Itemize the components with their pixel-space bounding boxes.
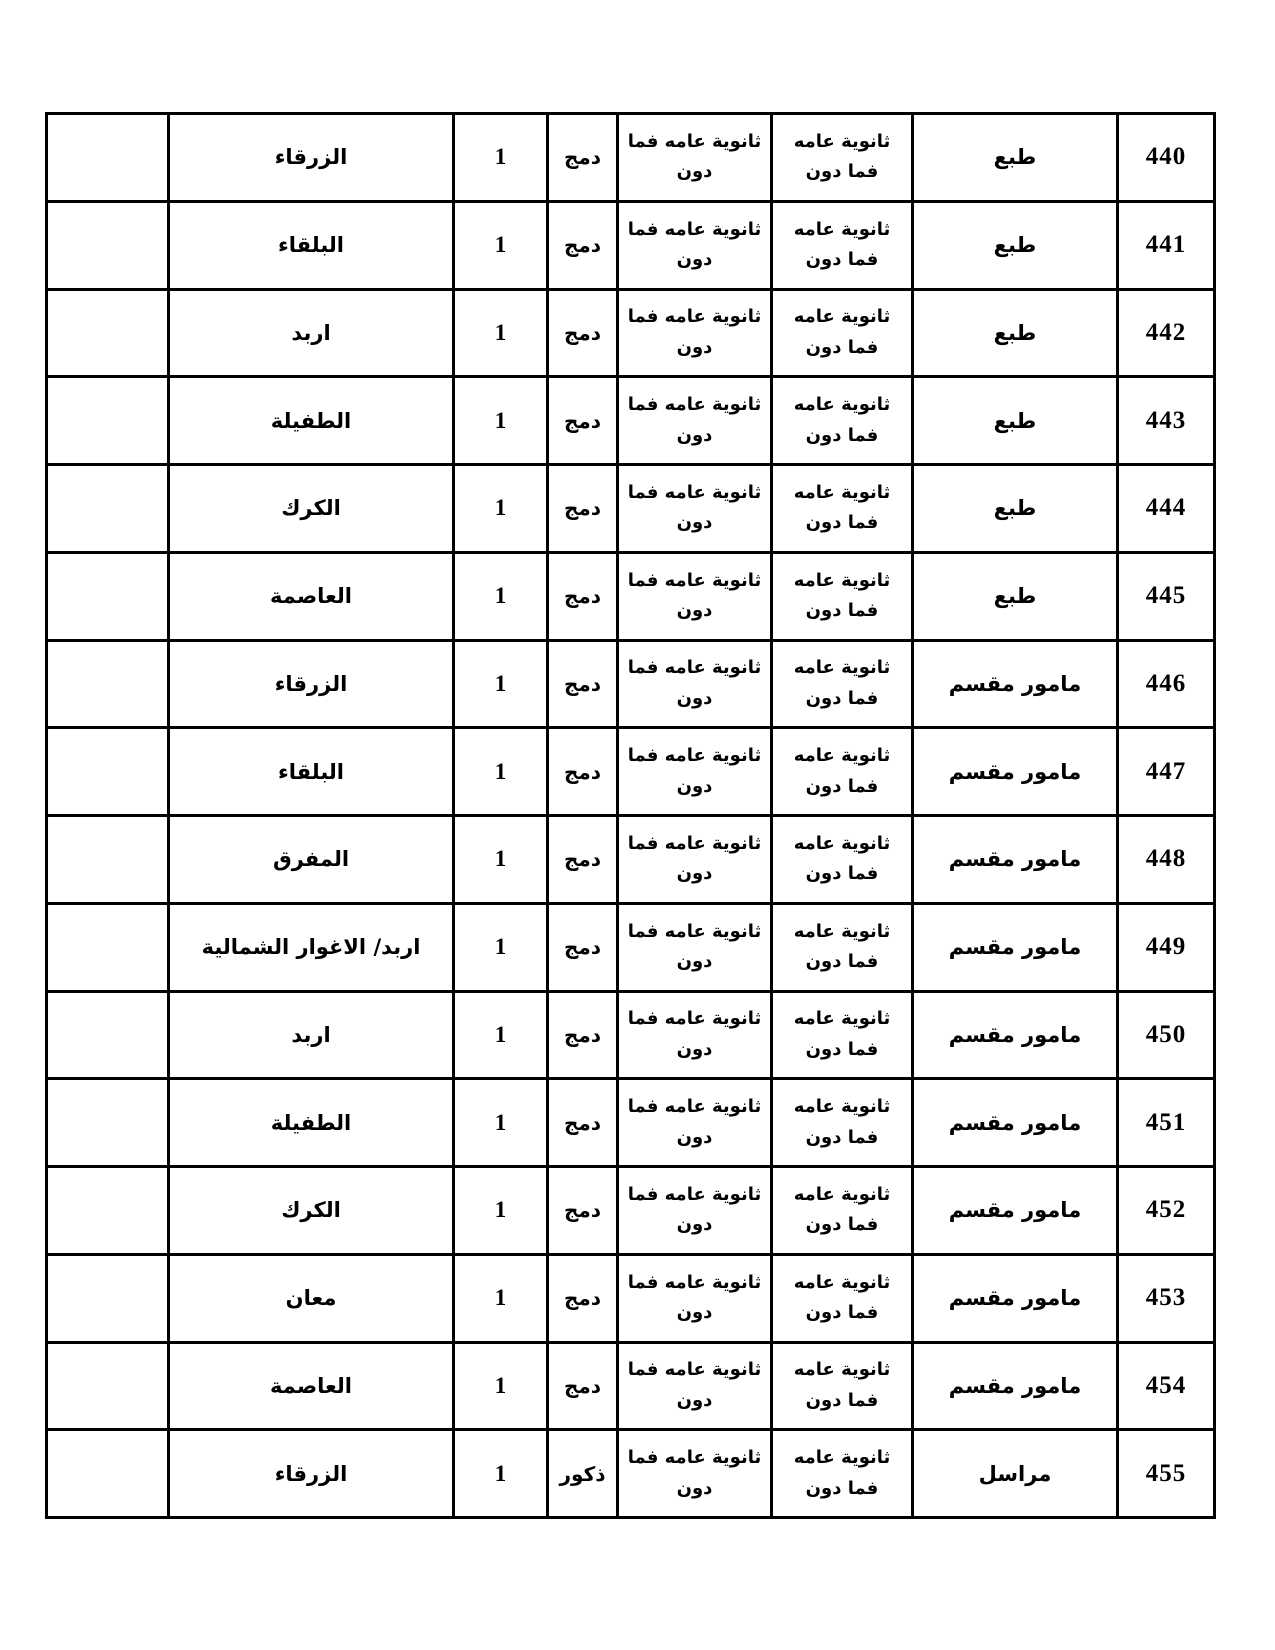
cell-category: دمج — [548, 377, 618, 465]
cell-category: دمج — [548, 1254, 618, 1342]
cell-serial-number: 444 — [1118, 465, 1215, 553]
cell-empty — [47, 552, 169, 640]
cell-serial-number: 448 — [1118, 816, 1215, 904]
cell-count: 1 — [454, 640, 548, 728]
cell-location: اربد — [169, 991, 454, 1079]
cell-job-title: مراسل — [913, 1430, 1118, 1518]
cell-count: 1 — [454, 1079, 548, 1167]
cell-category: دمج — [548, 201, 618, 289]
cell-qualification-right: ثانوية عامه فما دون — [772, 201, 913, 289]
cell-location: اربد — [169, 289, 454, 377]
cell-qualification-left: ثانوية عامه فما دون — [618, 728, 772, 816]
cell-qualification-right: ثانوية عامه فما دون — [772, 1430, 913, 1518]
cell-empty — [47, 201, 169, 289]
cell-qualification-right: ثانوية عامه فما دون — [772, 1167, 913, 1255]
cell-serial-number: 440 — [1118, 114, 1215, 202]
cell-empty — [47, 465, 169, 553]
cell-count: 1 — [454, 728, 548, 816]
cell-location: اربد/ الاغوار الشمالية — [169, 903, 454, 991]
cell-job-title: مامور مقسم — [913, 903, 1118, 991]
cell-qualification-right: ثانوية عامه فما دون — [772, 1254, 913, 1342]
cell-job-title: مامور مقسم — [913, 640, 1118, 728]
cell-count: 1 — [454, 377, 548, 465]
cell-qualification-left: ثانوية عامه فما دون — [618, 1079, 772, 1167]
cell-qualification-right: ثانوية عامه فما دون — [772, 1079, 913, 1167]
cell-qualification-left: ثانوية عامه فما دون — [618, 289, 772, 377]
cell-category: دمج — [548, 465, 618, 553]
table-row: 440 طبع ثانوية عامه فما دون ثانوية عامه … — [47, 114, 1215, 202]
cell-empty — [47, 289, 169, 377]
cell-job-title: مامور مقسم — [913, 1079, 1118, 1167]
cell-category: دمج — [548, 1079, 618, 1167]
cell-count: 1 — [454, 816, 548, 904]
table-row: 451 مامور مقسم ثانوية عامه فما دون ثانوي… — [47, 1079, 1215, 1167]
table-row: 446 مامور مقسم ثانوية عامه فما دون ثانوي… — [47, 640, 1215, 728]
cell-category: دمج — [548, 1167, 618, 1255]
cell-serial-number: 445 — [1118, 552, 1215, 640]
cell-qualification-left: ثانوية عامه فما دون — [618, 201, 772, 289]
cell-category: دمج — [548, 552, 618, 640]
cell-category: دمج — [548, 728, 618, 816]
vacancies-table: 440 طبع ثانوية عامه فما دون ثانوية عامه … — [45, 112, 1216, 1519]
cell-job-title: مامور مقسم — [913, 1342, 1118, 1430]
table-row: 452 مامور مقسم ثانوية عامه فما دون ثانوي… — [47, 1167, 1215, 1255]
cell-empty — [47, 1167, 169, 1255]
table-row: 443 طبع ثانوية عامه فما دون ثانوية عامه … — [47, 377, 1215, 465]
cell-category: دمج — [548, 903, 618, 991]
cell-location: العاصمة — [169, 552, 454, 640]
cell-empty — [47, 816, 169, 904]
table-row: 454 مامور مقسم ثانوية عامه فما دون ثانوي… — [47, 1342, 1215, 1430]
cell-qualification-left: ثانوية عامه فما دون — [618, 816, 772, 904]
cell-count: 1 — [454, 114, 548, 202]
cell-qualification-left: ثانوية عامه فما دون — [618, 377, 772, 465]
table-row: 441 طبع ثانوية عامه فما دون ثانوية عامه … — [47, 201, 1215, 289]
cell-serial-number: 450 — [1118, 991, 1215, 1079]
table-body: 440 طبع ثانوية عامه فما دون ثانوية عامه … — [47, 114, 1215, 1518]
document-page: 440 طبع ثانوية عامه فما دون ثانوية عامه … — [0, 0, 1275, 1650]
cell-location: الطفيلة — [169, 377, 454, 465]
cell-qualification-left: ثانوية عامه فما دون — [618, 114, 772, 202]
cell-location: الكرك — [169, 1167, 454, 1255]
cell-serial-number: 452 — [1118, 1167, 1215, 1255]
cell-count: 1 — [454, 1167, 548, 1255]
cell-count: 1 — [454, 991, 548, 1079]
cell-category: دمج — [548, 114, 618, 202]
table-row: 450 مامور مقسم ثانوية عامه فما دون ثانوي… — [47, 991, 1215, 1079]
cell-serial-number: 454 — [1118, 1342, 1215, 1430]
cell-location: معان — [169, 1254, 454, 1342]
cell-serial-number: 447 — [1118, 728, 1215, 816]
cell-empty — [47, 728, 169, 816]
cell-qualification-left: ثانوية عامه فما دون — [618, 991, 772, 1079]
cell-qualification-left: ثانوية عامه فما دون — [618, 1430, 772, 1518]
cell-qualification-right: ثانوية عامه فما دون — [772, 991, 913, 1079]
cell-job-title: مامور مقسم — [913, 1167, 1118, 1255]
cell-qualification-right: ثانوية عامه فما دون — [772, 289, 913, 377]
cell-qualification-right: ثانوية عامه فما دون — [772, 1342, 913, 1430]
cell-serial-number: 453 — [1118, 1254, 1215, 1342]
cell-serial-number: 446 — [1118, 640, 1215, 728]
cell-count: 1 — [454, 201, 548, 289]
cell-location: الزرقاء — [169, 114, 454, 202]
cell-serial-number: 442 — [1118, 289, 1215, 377]
table-row: 444 طبع ثانوية عامه فما دون ثانوية عامه … — [47, 465, 1215, 553]
cell-qualification-right: ثانوية عامه فما دون — [772, 728, 913, 816]
cell-empty — [47, 640, 169, 728]
cell-empty — [47, 903, 169, 991]
cell-category: ذكور — [548, 1430, 618, 1518]
cell-qualification-left: ثانوية عامه فما دون — [618, 1342, 772, 1430]
cell-count: 1 — [454, 903, 548, 991]
cell-qualification-right: ثانوية عامه فما دون — [772, 640, 913, 728]
cell-qualification-left: ثانوية عامه فما دون — [618, 465, 772, 553]
cell-location: الطفيلة — [169, 1079, 454, 1167]
cell-serial-number: 443 — [1118, 377, 1215, 465]
cell-category: دمج — [548, 289, 618, 377]
cell-qualification-left: ثانوية عامه فما دون — [618, 903, 772, 991]
cell-category: دمج — [548, 1342, 618, 1430]
cell-job-title: مامور مقسم — [913, 991, 1118, 1079]
cell-count: 1 — [454, 289, 548, 377]
cell-empty — [47, 1254, 169, 1342]
cell-category: دمج — [548, 640, 618, 728]
cell-qualification-left: ثانوية عامه فما دون — [618, 640, 772, 728]
table-row: 449 مامور مقسم ثانوية عامه فما دون ثانوي… — [47, 903, 1215, 991]
cell-location: البلقاء — [169, 201, 454, 289]
cell-empty — [47, 991, 169, 1079]
table-row: 442 طبع ثانوية عامه فما دون ثانوية عامه … — [47, 289, 1215, 377]
cell-qualification-right: ثانوية عامه فما دون — [772, 903, 913, 991]
cell-job-title: طبع — [913, 377, 1118, 465]
cell-location: البلقاء — [169, 728, 454, 816]
cell-qualification-right: ثانوية عامه فما دون — [772, 377, 913, 465]
cell-empty — [47, 1430, 169, 1518]
cell-qualification-right: ثانوية عامه فما دون — [772, 816, 913, 904]
table-row: 447 مامور مقسم ثانوية عامه فما دون ثانوي… — [47, 728, 1215, 816]
cell-serial-number: 441 — [1118, 201, 1215, 289]
cell-location: المفرق — [169, 816, 454, 904]
cell-job-title: طبع — [913, 465, 1118, 553]
cell-qualification-right: ثانوية عامه فما دون — [772, 552, 913, 640]
cell-job-title: مامور مقسم — [913, 728, 1118, 816]
cell-job-title: طبع — [913, 289, 1118, 377]
cell-serial-number: 451 — [1118, 1079, 1215, 1167]
cell-location: العاصمة — [169, 1342, 454, 1430]
cell-count: 1 — [454, 465, 548, 553]
table-row: 445 طبع ثانوية عامه فما دون ثانوية عامه … — [47, 552, 1215, 640]
cell-empty — [47, 377, 169, 465]
cell-empty — [47, 1079, 169, 1167]
cell-serial-number: 449 — [1118, 903, 1215, 991]
cell-category: دمج — [548, 816, 618, 904]
cell-qualification-right: ثانوية عامه فما دون — [772, 114, 913, 202]
cell-location: الزرقاء — [169, 1430, 454, 1518]
cell-count: 1 — [454, 1342, 548, 1430]
table-row: 448 مامور مقسم ثانوية عامه فما دون ثانوي… — [47, 816, 1215, 904]
cell-serial-number: 455 — [1118, 1430, 1215, 1518]
cell-count: 1 — [454, 1430, 548, 1518]
cell-qualification-left: ثانوية عامه فما دون — [618, 1254, 772, 1342]
cell-job-title: طبع — [913, 201, 1118, 289]
cell-count: 1 — [454, 1254, 548, 1342]
cell-qualification-left: ثانوية عامه فما دون — [618, 552, 772, 640]
cell-qualification-left: ثانوية عامه فما دون — [618, 1167, 772, 1255]
cell-job-title: طبع — [913, 552, 1118, 640]
table-row: 453 مامور مقسم ثانوية عامه فما دون ثانوي… — [47, 1254, 1215, 1342]
cell-count: 1 — [454, 552, 548, 640]
cell-category: دمج — [548, 991, 618, 1079]
cell-job-title: طبع — [913, 114, 1118, 202]
cell-empty — [47, 1342, 169, 1430]
cell-qualification-right: ثانوية عامه فما دون — [772, 465, 913, 553]
cell-job-title: مامور مقسم — [913, 1254, 1118, 1342]
cell-location: الكرك — [169, 465, 454, 553]
table-row: 455 مراسل ثانوية عامه فما دون ثانوية عام… — [47, 1430, 1215, 1518]
cell-location: الزرقاء — [169, 640, 454, 728]
cell-empty — [47, 114, 169, 202]
cell-job-title: مامور مقسم — [913, 816, 1118, 904]
